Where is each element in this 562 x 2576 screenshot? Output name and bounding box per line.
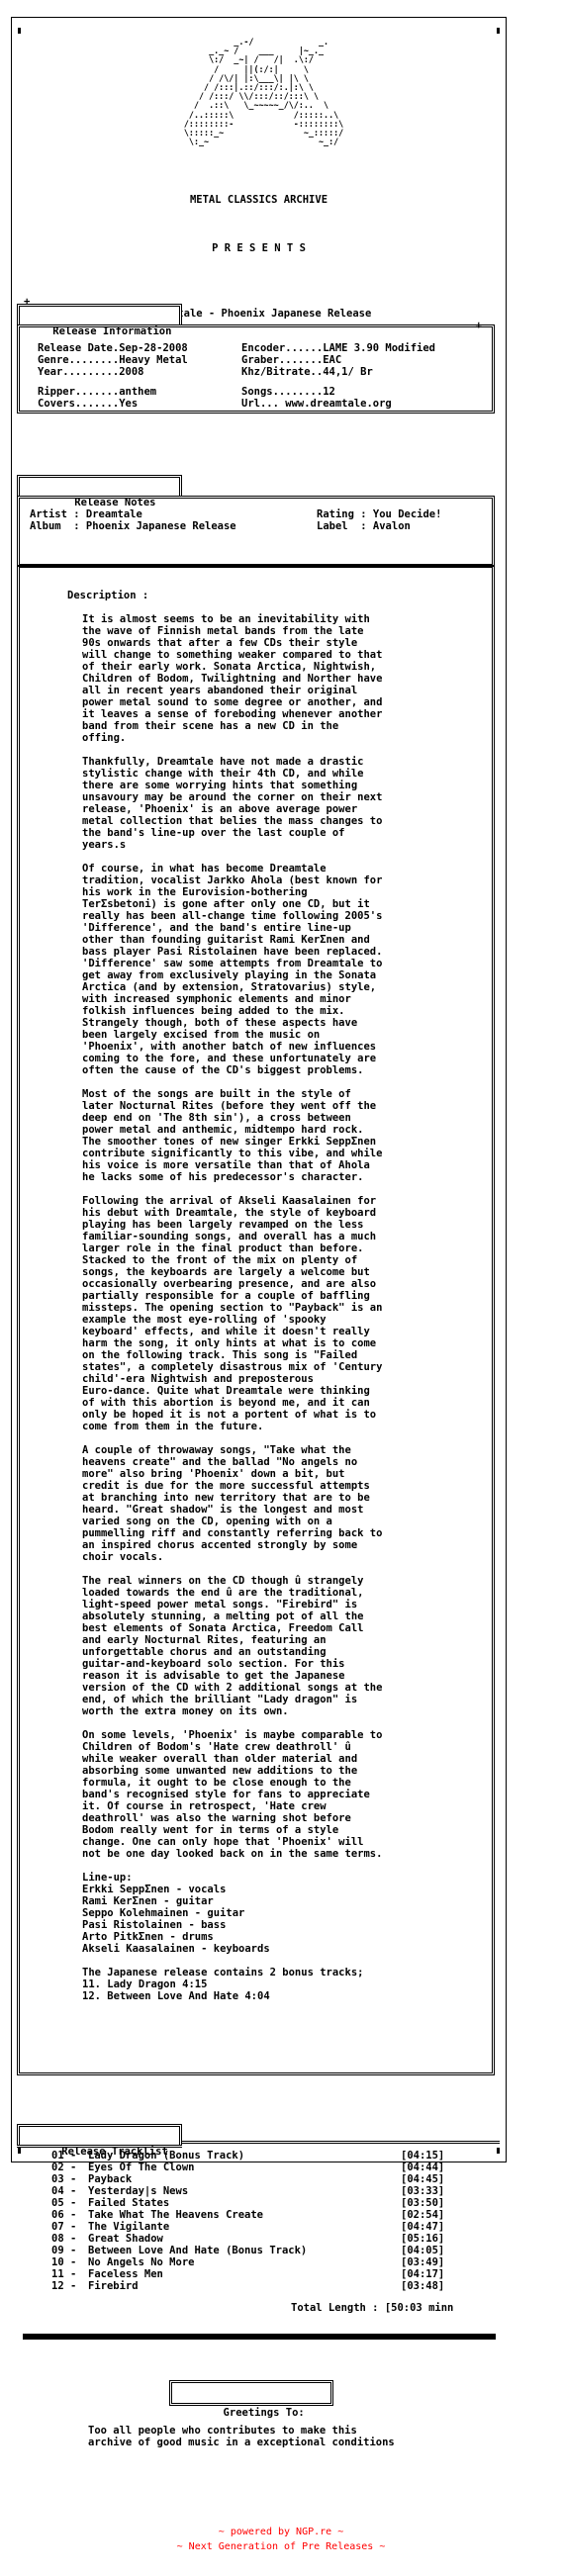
release-info-row: Year.........2008 [38,366,188,378]
rating-row: Rating : You Decide! [317,508,441,520]
track-length: [04:05] [401,2245,444,2256]
artist-value: Dreamtale [86,508,142,520]
total-length-value: [50:03 minn [385,2302,454,2314]
ascii-logo-art: _.-/ _. _._~ / ___ |~_._ \:/ _~| / /| .\… [174,38,343,146]
track-title: Faceless Men [88,2268,163,2280]
logo-caption: METAL CLASSICS ARCHIVE [12,194,506,206]
release-info-label: Songs........ [241,386,323,398]
release-info-right-column: Encoder......LAME 3.90 ModifiedGraber...… [241,342,435,410]
release-info-value: Heavy Metal [119,354,188,366]
track-number: 01 - [51,2150,83,2162]
track-title: Lady Dragon (Bonus Track) [88,2150,244,2162]
tab-release-notes: Release Notes [17,475,182,497]
release-notes-header-box: Artist : Dreamtale Album : Phoenix Japan… [17,496,495,567]
release-info-row: Genre........Heavy Metal [38,354,188,366]
greetings-heading: Greetings To: [224,2407,305,2419]
track-length: [02:54] [401,2209,444,2221]
track-number: 05 - [51,2197,83,2209]
tab-release-tracklist: Release Tracklist [17,2124,182,2146]
track-title: Between Love And Hate (Bonus Track) [88,2245,307,2256]
nfo-frame: _.-/ _. _._~ / ___ |~_._ \:/ _~| / /| .\… [11,17,507,2162]
track-length: [04:17] [401,2268,444,2280]
release-info-value: Yes [119,398,138,410]
release-info-row: Khz/Bitrate..44,1/ Br [241,366,435,378]
release-info-row: Ripper.......anthem [38,386,188,398]
rating-value: You Decide! [373,508,442,520]
track-number: 09 - [51,2245,83,2256]
release-info-label: Graber....... [241,354,323,366]
release-info-row: Release Date.Sep-28-2008 [38,342,188,354]
label-value: Avalon [373,520,411,532]
track-title: Yesterday|s News [88,2185,188,2197]
release-info-value: EAC [323,354,341,366]
release-info-value: LAME 3.90 Modified [323,342,435,354]
description-heading: Description : [67,590,148,601]
track-title: Take What The Heavens Create [88,2209,263,2221]
corner-mark [18,28,21,34]
release-info-row: Url... www.dreamtale.org [241,398,435,410]
release-notes-description-box: Description : It is almost seems to be a… [17,565,495,2075]
tab-divider-line [17,2145,182,2148]
track-number: 04 - [51,2185,83,2197]
track-title: The Vigilante [88,2221,169,2233]
track-length: [03:49] [401,2256,444,2268]
release-info-label: Covers....... [38,398,119,410]
release-info-value: 2008 [119,366,143,378]
corner-mark [497,28,500,34]
greetings-heading-box: Greetings To: [169,2380,333,2406]
release-info-row [241,378,435,386]
track-length: [04:45] [401,2173,444,2185]
release-info-value: 44,1/ Br [323,366,373,378]
release-info-row [38,378,188,386]
track-title: Payback [88,2173,132,2185]
track-length: [04:15] [401,2150,444,2162]
label-row: Label : Avalon [317,520,411,532]
track-length: [03:33] [401,2185,444,2197]
track-number: 11 - [51,2268,83,2280]
release-info-label: Khz/Bitrate.. [241,366,323,378]
release-info-value: Sep-28-2008 [119,342,188,354]
track-number: 07 - [51,2221,83,2233]
release-info-row: Covers.......Yes [38,398,188,410]
release-info-row: Graber.......EAC [241,354,435,366]
total-length: Total Length : [50:03 minn [291,2302,453,2314]
presents-heading: P R E S E N T S [12,242,506,254]
track-number: 10 - [51,2256,83,2268]
track-number: 12 - [51,2280,83,2292]
track-number: 02 - [51,2162,83,2173]
release-info-value: www.dreamtale.org [285,398,391,410]
description-text: It is almost seems to be an inevitabilit… [82,613,382,2002]
release-info-value: 12 [323,386,335,398]
release-info-value: anthem [119,386,156,398]
release-info-label: Url... [241,398,285,410]
album-row: Album : Phoenix Japanese Release [30,520,236,532]
artist-row: Artist : Dreamtale [30,508,142,520]
release-info-label: Genre........ [38,354,119,366]
release-info-label: Encoder...... [241,342,323,354]
corner-mark [18,2148,21,2154]
release-info-label: Year......... [38,366,119,378]
corner-mark [497,2148,500,2154]
footer-tagline: ~ Next Generation of Pre Releases ~ [0,2539,562,2554]
track-length: [04:44] [401,2162,444,2173]
greetings-text: Too all people who contributes to make t… [88,2425,395,2448]
track-title: Firebird [88,2280,139,2292]
footer-powered-by: ~ powered by NGP.re ~ [0,2525,562,2539]
release-info-left-column: Release Date.Sep-28-2008Genre........Hea… [38,342,188,410]
release-info-row: Songs........12 [241,386,435,398]
release-info-label: Ripper....... [38,386,119,398]
track-length: [03:48] [401,2280,444,2292]
release-information-box: Release Date.Sep-28-2008Genre........Hea… [17,324,495,414]
track-number: 06 - [51,2209,83,2221]
release-info-row: Encoder......LAME 3.90 Modified [241,342,435,354]
track-title: Great Shadow [88,2233,163,2245]
track-length: [04:47] [401,2221,444,2233]
ascii-logo: _.-/ _. _._~ / ___ |~_._ \:/ _~| / /| .\… [12,38,506,146]
track-title: Eyes Of The Clown [88,2162,194,2173]
track-title: Failed States [88,2197,169,2209]
track-number: 08 - [51,2233,83,2245]
album-value: Phoenix Japanese Release [86,520,236,532]
track-length: [05:16] [401,2233,444,2245]
release-info-label: Release Date. [38,342,119,354]
tab-divider-line [181,2141,500,2144]
track-title: No Angels No More [88,2256,194,2268]
section-divider [23,2334,496,2340]
tab-release-information: Release Information [17,304,182,325]
track-number: 03 - [51,2173,83,2185]
track-length: [03:50] [401,2197,444,2209]
